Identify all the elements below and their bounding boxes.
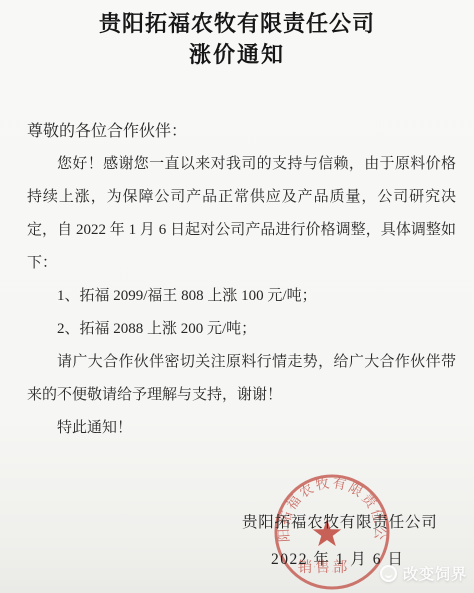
price-item-2: 2、拓福 2088 上涨 200 元/吨； — [27, 313, 456, 346]
paragraph-apology: 请广大合作伙伴密切关注原料行情走势，给广大合作伙伴带来的不便敬请给予理解与支持，… — [27, 346, 456, 412]
watermark-label: 改变饲界 — [403, 563, 467, 584]
greeting-line: 尊敬的各位合作伙伴： — [27, 115, 456, 148]
signature-company: 贵阳拓福农牧有限责任公司 — [242, 510, 438, 532]
notice-document: 贵阳拓福农牧有限责任公司 涨价通知 尊敬的各位合作伙伴： 您好！感谢您一直以来对… — [0, 0, 474, 593]
document-title: 贵阳拓福农牧有限责任公司 — [0, 9, 474, 39]
watermark-logo-icon — [380, 565, 397, 582]
closing-line: 特此通知！ — [27, 412, 456, 445]
document-subtitle: 涨价通知 — [0, 41, 474, 69]
watermark: 改变饲界 — [380, 563, 467, 584]
price-item-1: 1、拓福 2099/福王 808 上涨 100 元/吨； — [27, 280, 456, 313]
paragraph-intro: 您好！感谢您一直以来对我司的支持与信赖，由于原料价格持续上涨，为保障公司产品正常… — [27, 148, 456, 280]
document-body: 尊敬的各位合作伙伴： 您好！感谢您一直以来对我司的支持与信赖，由于原料价格持续上… — [0, 115, 474, 445]
